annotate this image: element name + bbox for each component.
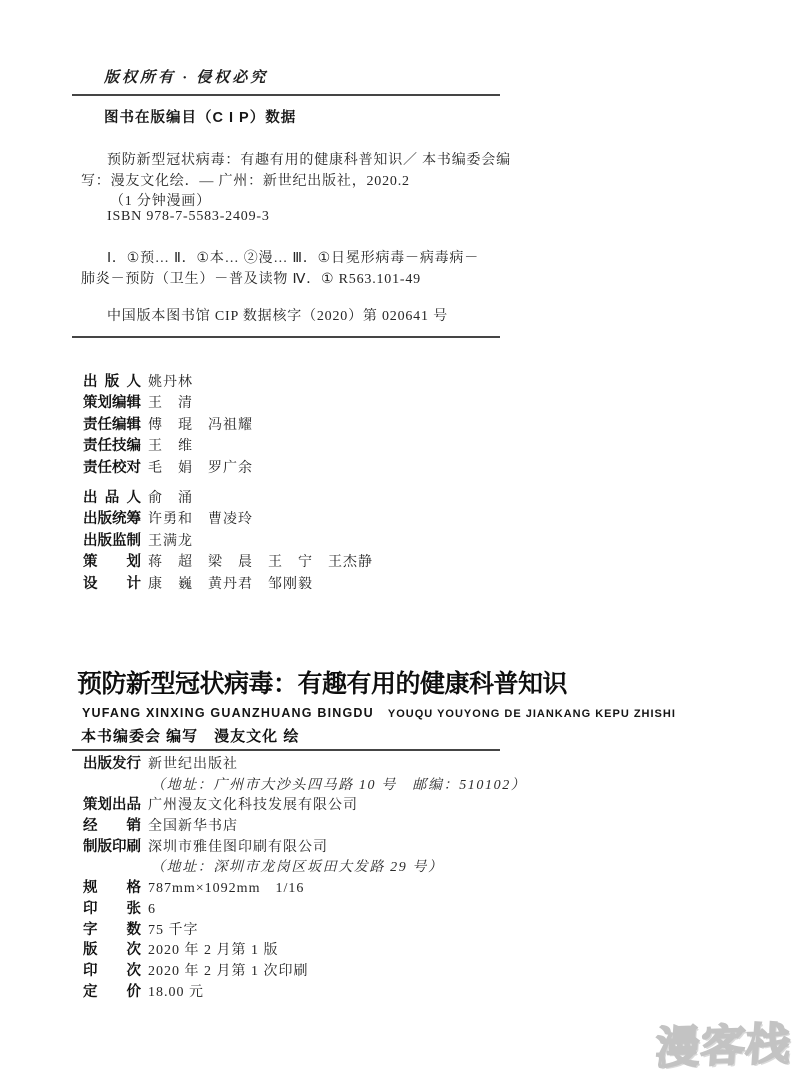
staff-names: 蒋 超 梁 晨 王 宁 王杰静 (148, 555, 373, 570)
publication-label: 制版印刷 (83, 837, 141, 858)
copyright-notice: 版权所有 · 侵权必究 (104, 66, 268, 87)
staff-names: 傅 琨 冯祖耀 (148, 418, 253, 433)
staff-label: 责任技编 (83, 436, 141, 457)
staff-names: 王 清 (148, 396, 193, 411)
publication-row: 经销全国新华书店 (83, 816, 526, 837)
staff-label: 出版统筹 (83, 509, 141, 530)
publication-label: 策划出品 (83, 795, 141, 816)
staff-label: 出品人 (83, 488, 141, 509)
book-title-pinyin: YUFANG XINXING GUANZHUANG BINGDUYOUQU YO… (82, 704, 676, 722)
staff-label: 出版监制 (83, 531, 141, 552)
publication-value: 75 千字 (148, 923, 199, 938)
divider-bottom (72, 749, 500, 751)
publication-value: 2020 年 2 月第 1 次印刷 (148, 964, 309, 979)
staff-row: 策划蒋 超 梁 晨 王 宁 王杰静 (83, 551, 373, 572)
publication-row: 定价18.00 元 (83, 982, 526, 1003)
publication-details: 出版发行新世纪出版社 （地址：广州市大沙头四马路 10 号 邮编：510102）… (83, 754, 526, 1002)
publication-label: 印次 (83, 961, 141, 982)
staff-names: 王 维 (148, 439, 193, 454)
staff-row: 责任编辑傅 琨 冯祖耀 (83, 414, 253, 435)
staff-label: 责任校对 (83, 458, 141, 479)
publication-value: 广州漫友文化科技发展有限公司 (148, 798, 358, 813)
publication-value: 新世纪出版社 (148, 757, 238, 772)
pinyin-part1: YUFANG XINXING GUANZHUANG BINGDU (82, 706, 374, 720)
publication-value: 2020 年 2 月第 1 版 (148, 943, 279, 958)
publication-label: 规格 (83, 878, 141, 899)
cip-classification-line: 肺炎－预防（卫生）－普及读物 Ⅳ．① R563.101-49 (81, 268, 421, 288)
staff-row: 出版统筹许勇和 曹凌玲 (83, 508, 373, 529)
mankezhan-watermark-logo: 漫客栈 (654, 1008, 794, 1073)
isbn-line: ISBN 978-7-5583-2409-3 (107, 209, 270, 225)
publication-label: 定价 (83, 982, 141, 1003)
publication-value: 787mm×1092mm 1/16 (148, 881, 304, 896)
staff-row: 出品人俞 涌 (83, 487, 373, 508)
publication-row: 策划出品广州漫友文化科技发展有限公司 (83, 795, 526, 816)
publication-row: 版次2020 年 2 月第 1 版 (83, 940, 526, 961)
staff-label: 出版人 (83, 372, 141, 393)
staff-list-editorial: 出版人姚丹林 策划编辑王 清 责任编辑傅 琨 冯祖耀 责任技编王 维 责任校对毛… (83, 371, 253, 478)
publication-row: 规格787mm×1092mm 1/16 (83, 878, 526, 899)
staff-label: 策划编辑 (83, 393, 141, 414)
publication-row: 印次2020 年 2 月第 1 次印刷 (83, 961, 526, 982)
publication-label: 字数 (83, 920, 141, 941)
staff-names: 毛 娟 罗广余 (148, 461, 253, 476)
publication-row: 字数75 千字 (83, 920, 526, 941)
publication-value: 6 (148, 902, 156, 917)
publication-label: 出版发行 (83, 754, 141, 775)
staff-label: 责任编辑 (83, 415, 141, 436)
pinyin-part2: YOUQU YOUYONG DE JIANKANG KEPU ZHISHI (388, 708, 676, 720)
cip-registry-line: 中国版本图书馆 CIP 数据核字（2020）第 020641 号 (107, 305, 448, 325)
staff-names: 姚丹林 (148, 375, 193, 390)
book-title: 预防新型冠状病毒：有趣有用的健康科普知识 (77, 664, 567, 700)
staff-row: 责任技编王 维 (83, 435, 253, 456)
staff-row: 责任校对毛 娟 罗广余 (83, 457, 253, 478)
publication-row: 出版发行新世纪出版社 (83, 754, 526, 775)
staff-label: 设计 (83, 574, 141, 595)
cip-classification-line: Ⅰ．①预… Ⅱ．①本… ②漫… Ⅲ．①日冕形病毒－病毒病－ (107, 247, 479, 267)
publication-value: 深圳市雅佳图印刷有限公司 (148, 840, 328, 855)
staff-row: 出版人姚丹林 (83, 371, 253, 392)
divider-middle (72, 336, 500, 338)
authors-line: 本书编委会 编写 漫友文化 绘 (81, 725, 299, 746)
publisher-address: （地址：广州市大沙头四马路 10 号 邮编：510102） (148, 778, 526, 793)
cip-line: 预防新型冠状病毒：有趣有用的健康科普知识／ 本书编委会编 (107, 149, 511, 169)
cip-series-note: （1 分钟漫画） (110, 190, 211, 210)
staff-names: 许勇和 曹凌玲 (148, 512, 253, 527)
staff-row: 策划编辑王 清 (83, 392, 253, 413)
staff-names: 王满龙 (148, 534, 193, 549)
staff-names: 康 巍 黄丹君 邹刚毅 (148, 577, 313, 592)
divider-top (72, 94, 500, 96)
publication-value: 18.00 元 (148, 985, 204, 1000)
publication-row: 制版印刷深圳市雅佳图印刷有限公司 (83, 837, 526, 858)
staff-names: 俞 涌 (148, 491, 193, 506)
staff-list-production: 出品人俞 涌 出版统筹许勇和 曹凌玲 出版监制王满龙 策划蒋 超 梁 晨 王 宁… (83, 487, 373, 594)
copyright-page: 版权所有 · 侵权必究 图书在版编目（C I P）数据 预防新型冠状病毒：有趣有… (0, 0, 800, 1073)
cip-heading: 图书在版编目（C I P）数据 (104, 106, 296, 127)
staff-row: 出版监制王满龙 (83, 530, 373, 551)
publication-row: 印张6 (83, 899, 526, 920)
staff-label: 策划 (83, 552, 141, 573)
staff-row: 设计康 巍 黄丹君 邹刚毅 (83, 573, 373, 594)
publisher-address-row: （地址：广州市大沙头四马路 10 号 邮编：510102） (83, 775, 526, 796)
cip-line: 写：漫友文化绘．— 广州：新世纪出版社，2020.2 (81, 170, 410, 190)
publication-label: 经销 (83, 816, 141, 837)
publication-label: 印张 (83, 899, 141, 920)
printer-address: （地址：深圳市龙岗区坂田大发路 29 号） (148, 860, 444, 875)
publication-value: 全国新华书店 (148, 819, 238, 834)
publication-label: 版次 (83, 940, 141, 961)
printer-address-row: （地址：深圳市龙岗区坂田大发路 29 号） (83, 857, 526, 878)
